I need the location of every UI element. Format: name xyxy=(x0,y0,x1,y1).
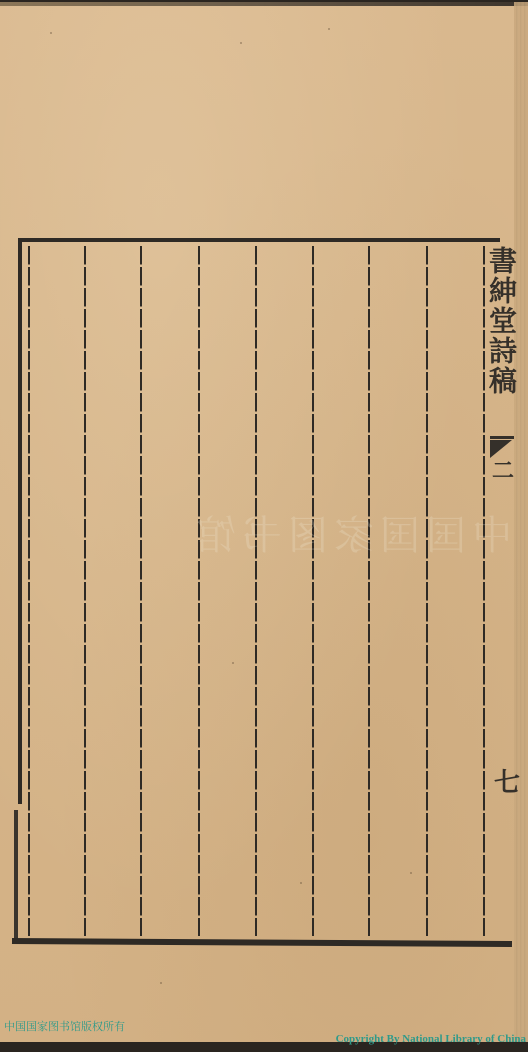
frame-bottom-border xyxy=(12,938,512,947)
print-frame xyxy=(18,238,500,940)
copyright-english: Copyright By National Library of China xyxy=(336,1033,526,1045)
column-rule xyxy=(198,246,200,936)
library-watermark: 中国国家图书馆 xyxy=(190,504,512,561)
column-rule xyxy=(312,246,314,936)
column-rule xyxy=(255,246,257,936)
column-rule xyxy=(28,246,30,936)
column-rule xyxy=(140,246,142,936)
frame-top-border xyxy=(18,238,500,242)
volume-number: 二 xyxy=(492,454,514,485)
fish-tail-bar xyxy=(490,436,514,439)
column-rule xyxy=(368,246,370,936)
page-number: 七 xyxy=(494,762,520,799)
frame-left-border-lower xyxy=(14,810,18,940)
book-page: 中国国家图书馆 書紳堂詩稿 二 七 中国国家图书馆版权所有 Copyright … xyxy=(0,2,528,1042)
page-stack-edge xyxy=(514,2,528,1042)
column-rule xyxy=(426,246,428,936)
copyright-chinese: 中国国家图书馆版权所有 xyxy=(4,1018,125,1034)
column-rule xyxy=(84,246,86,936)
frame-left-border xyxy=(18,238,22,804)
book-title-column: 書紳堂詩稿 xyxy=(486,246,516,396)
page-top-edge xyxy=(0,2,528,6)
